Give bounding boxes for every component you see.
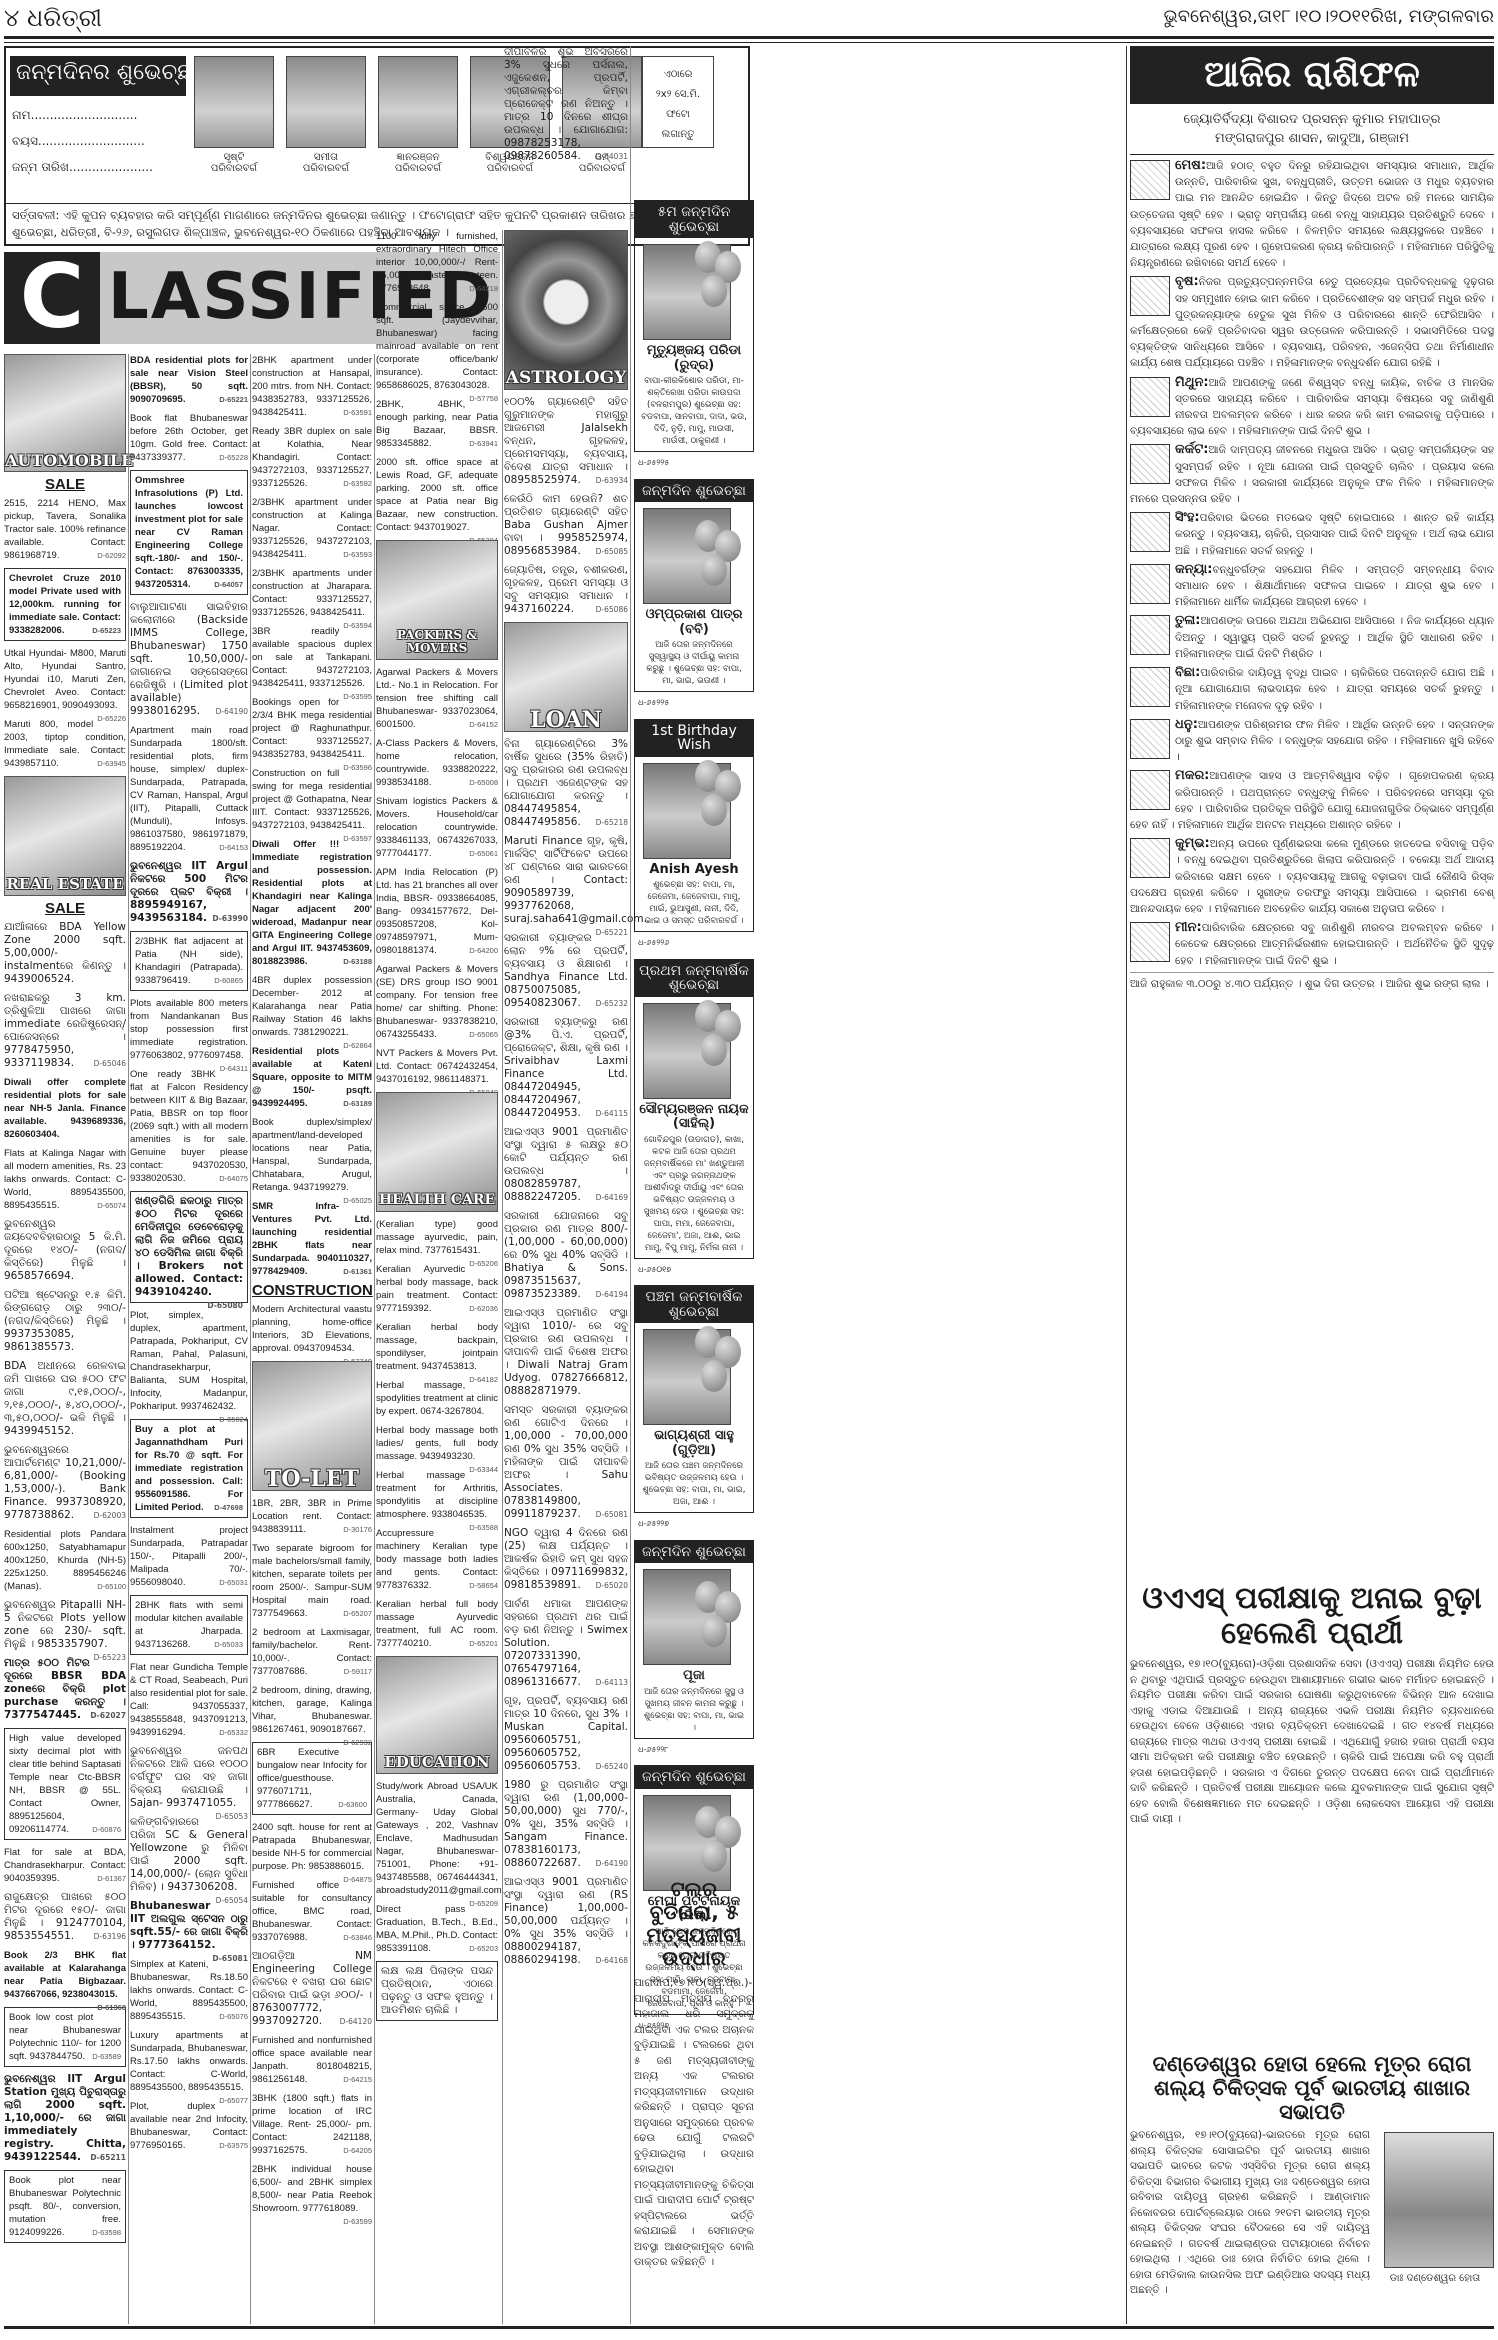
ad-code: D-65025 [343, 1194, 372, 1207]
birthday-cards: ୫ମ ଜନ୍ମଦିନ ଶୁଭେଚ୍ଛା ମୃତ୍ୟୁଞ୍ଜୟ ପରିଡା (ରୁ… [634, 200, 754, 2033]
ad-text: Buy a plot at Jagannathdham Puri for Rs.… [135, 1424, 243, 1513]
classified-ad: BDA ଅଧୀନରେ ରେଳବାଇ ଜମି ପାଖରେ ଘର ୫୦୦ ଫଟ ଜା… [4, 1360, 126, 1438]
child-name: ସୌମ୍ୟରଞ୍ଜନ ନାୟକ (ସାହିଲ୍) [635, 1103, 753, 1132]
classified-ad: Furnished office suitable for consultanc… [252, 1879, 372, 1944]
ad-code: D-65065 [469, 1028, 498, 1041]
kid-name: ସୃଷ୍ଟି [192, 152, 276, 163]
ad-text: ଭୁବନେଶ୍ୱର IIT Argul Station ମୁଖ୍ୟ ପିଚୁରା… [4, 2073, 126, 2163]
classified-initial: C [4, 252, 100, 344]
kid-photo-card: ସମୀତାପରିବାରବର୍ଗ [284, 56, 368, 174]
cancer-icon [1130, 444, 1170, 484]
ad-text: ପାର୍ବଣ ଧମାକା ଆପଣଙ୍କ ସହରରେ ପ୍ରଥମ ଥର ପାଇଁ … [504, 1598, 628, 1688]
ad-code: D-63941 [469, 437, 498, 450]
horoscope-title: ଆଜିର ରାଶିଫଳ [1130, 46, 1494, 104]
classified-ad: ରାଜୁକ୍ଷେତ୍ର ପାଖରେ ୫୦୦ ମିଟର ଦୂରରେ ୧୫୦/- ଜ… [4, 1891, 126, 1943]
card-code: ଧ-୬୫୨୨୫ [638, 456, 754, 471]
ad-text: 2000 sft. office space at Lewis Road, GF… [376, 457, 498, 533]
card-code: ଧ-୬୫୨୨୮ [638, 1743, 754, 1758]
classified-ad: ମାତ୍ର ୫୦୦ ମିଟର ଦୂରରେ BBSR BDA zoneରେ ବିକ… [4, 1657, 126, 1722]
horoscope-sign: ମେଷ:ଆଜି ହଠାତ୍ ବହୁତ ଦିନରୁ ରହିଯାଇଥିବା ସମସ୍… [1130, 158, 1494, 271]
classified-ad: 4BR duplex possession December- 2012 at … [252, 974, 372, 1039]
classified-ad: 2BHK apartment under construction at Han… [252, 354, 372, 419]
sign-text: ପାରିବାରିକ ଦାୟିତ୍ୱ ବୃଦ୍ଧି ପାଇବ । ଚାକିରିରେ… [1175, 667, 1494, 711]
ad-text: 3BR readily available spacious duplex on… [252, 626, 372, 689]
card-header: ପଞ୍ଚମ ଜନ୍ମବାର୍ଷିକ ଶୁଭେଚ୍ଛା [635, 1286, 753, 1323]
classified-ad: (Keralian type) good massage ayurvedic, … [376, 1218, 498, 1257]
ad-code: D-65207 [343, 1607, 372, 1620]
classified-ad: 6BR Executive bungalow near Infocity for… [252, 1742, 372, 1815]
column-divider [1126, 46, 1127, 2324]
ad-code: D-60865 [214, 974, 243, 987]
ad-text: Diwali offer complete residential plots … [4, 1077, 126, 1140]
ad-code: D-63990 [212, 912, 248, 925]
classified-ad: Maruti Finance ଗୃହ, କୃଷି, ମାର୍କସିଟ୍ ସାର୍… [504, 835, 628, 926]
libra-icon [1130, 615, 1170, 655]
classified-ad: Book low cost plot near Bhubaneswar Poly… [4, 2007, 126, 2067]
sign-name: ସିଂହ: [1175, 510, 1200, 525]
top-rule [4, 36, 1494, 39]
classified-ad: Commercial space 1600 sqft. (Jaydevvihar… [376, 301, 498, 392]
ad-code: D-65081 [596, 1508, 628, 1521]
ad-code: D-64190 [596, 1857, 628, 1870]
classified-ad: ଭୁବନେଶ୍ୱର ଜନପଥ ନିକଟରେ ଆଳି ଘରେ ୧୦୦୦ ବର୍ଗଫ… [130, 1745, 248, 1810]
horoscope-sign: ବିଛା:ପାରିବାରିକ ଦାୟିତ୍ୱ ବୃଦ୍ଧି ପାଇବ । ଚାକ… [1130, 665, 1494, 714]
ad-code: D-65074 [97, 1199, 126, 1212]
classified-ad: Agarwal Packers & Movers Ltd.- No.1 in R… [376, 666, 498, 731]
author-address: ମଙ୍ଗରାଜପୁର ଶାସନ, କାଦୁଆ, ଗଞ୍ଜାମ [1130, 129, 1494, 148]
card-details: ଆଜି ତୋର ପଞ୍ଚମ ଜନ୍ମଦିନରେ ଭବିଷ୍ୟତ ଉଜ୍ଜଳମୟ … [635, 1458, 753, 1512]
classified-ad: 2/3BHK flat adjacent at Patia (NH side),… [130, 931, 248, 991]
ad-text: BDA ଅଧୀନରେ ରେଳବାଇ ଜମି ପାଖରେ ଘର ୫୦୦ ଫଟ ଜା… [4, 1360, 126, 1437]
ad-code: D-62027 [90, 1709, 126, 1722]
classified-ad: Flats at Kalinga Nagar with all modern a… [4, 1147, 126, 1212]
ad-code: D-47698 [214, 1501, 243, 1514]
ad-code: D-65221 [596, 926, 628, 939]
card-details: ଆଜି ତୋର ଜନ୍ମଦିନରେ ସୁସ୍ୱାସ୍ଥ୍ୟ ଓ ଦୀର୍ଘାୟୁ… [635, 637, 753, 691]
column-divider [250, 354, 251, 2324]
ad-text: ଆଇଏସ୍ଓ ପ୍ରମାଣିତ ସଂସ୍ଥା ଦ୍ୱାରା 1010/- ରେ … [504, 1307, 628, 1397]
form-dob-field: ଜନ୍ମ ତାରିଖ...................... [12, 160, 153, 175]
sign-name: ତୁଳା: [1175, 613, 1201, 628]
ad-code: D-63189 [343, 1097, 372, 1110]
classified-ad: Diwali offer complete residential plots … [4, 1076, 126, 1141]
loan-label: LOAN [505, 714, 627, 727]
ad-code: D-63945 [97, 757, 126, 770]
card-header: ପ୍ରଥମ ଜନ୍ମବାର୍ଷିକ ଶୁଭେଚ୍ଛା [635, 960, 753, 997]
ad-code: D-65232 [596, 997, 628, 1010]
ad-text: 2/3BHK apartments under construction at … [252, 568, 372, 618]
ad-code: D-65221 [219, 393, 248, 406]
classified-ad: Keralian Ayurvedic herbal body massage, … [376, 1263, 498, 1315]
column-astrology-loan-body: ASTROLOGY ୧୦୦% ଗ୍ୟାରେଣ୍ଟି ସହିତ ଗୁରୁମାନଙ୍… [504, 230, 628, 1973]
ad-code: D-65228 [219, 451, 248, 464]
card-details: ଆଜି ତୋର ଜନ୍ମଦିନରେ ସୁସ୍ଥ ଓ ସୁଖମୟ ଜୀବନ କାମ… [635, 1684, 753, 1738]
ad-text: 4BR duplex possession December- 2012 at … [252, 975, 372, 1038]
ad-code: D-64031 [596, 150, 628, 163]
ad-text: ଯାଆଁଳାରେ BDA Yellow Zone 2000 sqft. 5,00… [4, 921, 126, 985]
classified-ad: ଖଣ୍ଡଗିରି ଛକଠାରୁ ମାତ୍ର ୫୦୦ ମିଟର ଦୂରରେ ମେଦ… [130, 1191, 248, 1303]
sign-name: କୁମ୍ଭ: [1175, 836, 1210, 851]
classified-ad: Buy a plot at Jagannathdham Puri for Rs.… [130, 1419, 248, 1518]
kid-name: ସମୀତା [284, 152, 368, 163]
classified-ad: ସରକାରୀ ବ୍ୟାଙ୍କରୁ ରଣ @3% ପି.ଏ. ପ୍ରପର୍ଟି, … [504, 1016, 628, 1120]
classified-ad: Residential plots available at Kateni Sq… [252, 1045, 372, 1110]
classified-ad: Two separate bigroom for male bachelors/… [252, 1542, 372, 1620]
tolet-ads: 1BR, 2BR, 3BR in Prime Location rent. Co… [252, 1497, 372, 2215]
scorpio-icon [1130, 667, 1170, 707]
ad-code: D-64200 [469, 944, 498, 957]
child-name: ଭାଗ୍ୟଶ୍ରୀ ସାହୁ (ଗୁଡ଼ିଆ) [635, 1429, 753, 1458]
ad-code: D-65077 [219, 2094, 248, 2107]
classified-ad: ଭୁବନେଶ୍ୱର IIT Argul ନିକଟରେ 500 ମିଟର ଦୂରର… [130, 860, 248, 925]
classified-ad: Apartment main road Sundarpada 1800/sft.… [130, 724, 248, 854]
sign-name: ମକର: [1175, 768, 1209, 783]
classified-ad: 2/3BHK apartment under construction at K… [252, 496, 372, 561]
birthday-wish-card: ଜନ୍ମଦିନ ଶୁଭେଚ୍ଛା ଓମ୍‌ପ୍ରକାଶ ପାତ୍ର (ବବି) … [634, 479, 754, 693]
ad-code: D-63188 [343, 955, 372, 968]
masthead: ୪ ଧରିତ୍ରୀ ଭୁବନେଶ୍ୱର,ତା୧୮।୧୦।୨୦୧୧ରିଖ, ମଙ୍… [0, 0, 1498, 40]
classified-ad: High value developed sixty decimal plot … [4, 1728, 126, 1840]
realestate-ads: BDA residential plots for sale near Visi… [130, 354, 248, 2152]
ad-code: D-64152 [469, 718, 498, 731]
ad-code: D-64215 [343, 2073, 372, 2086]
classified-ad: Keralian herbal body massage, backpain, … [376, 1321, 498, 1373]
classified-ad: Construction on full swing for mega resi… [252, 767, 372, 832]
sign-text: ଆପଣଙ୍କ ପରିଶ୍ରମର ଫଳ ମିଳିବ । ଆର୍ଥିକ ଉନ୍ନତି… [1175, 719, 1494, 763]
ad-code: D-65086 [596, 603, 628, 616]
classified-ad: ସରକାରୀ ଯୋଜନାରେ ସବୁ ପ୍ରକାର ରଣ ମାତ୍ର 800/-… [504, 1210, 628, 1301]
sign-name: ବିଛା: [1175, 665, 1200, 680]
sign-name: ବୃଷ: [1175, 274, 1199, 289]
ad-text: ବିନା ଗ୍ୟାରେଣ୍ଟିରେ 3% ବାର୍ଷିକ ସୁଧରେ (35% … [504, 738, 628, 828]
packers-image: PACKERS & MOVERS [376, 540, 498, 660]
classified-ad: Herbal body massage both ladies/ gents, … [376, 1424, 498, 1463]
ad-text: 1980 ରୁ ପ୍ରମାଣିତ ସଂସ୍ଥା ଦ୍ୱାରା ରଣ (1,00,… [504, 1779, 628, 1869]
ad-code: D-63593 [343, 548, 372, 561]
ad-text: NVT Packers & Movers Pvt. Ltd. Contact: … [376, 1048, 498, 1085]
top-rule-thin [4, 42, 1494, 43]
classified-ad: Agarwal Packers & Movers (SE) DRS group … [376, 963, 498, 1041]
classified-ad: 2BHK individual house 6,500/- and 2BHK s… [252, 2163, 372, 2215]
classified-ad: NGO ଦ୍ୱାରା 4 ଦିନରେ ରଣ (25) ଲକ୍ଷ ପର୍ଯ୍ୟନ୍… [504, 1527, 628, 1592]
ad-text: Book duplex/simplex/ apartment/land-deve… [252, 1117, 372, 1193]
kid-photo [378, 56, 458, 148]
classified-ad: APM India Relocation (P) Ltd. has 21 bra… [376, 866, 498, 957]
ad-code: D-63846 [343, 1931, 372, 1944]
card-details: ବାପା-କୀରକିଶୋର ପରିଡା, ମା-ଶକ୍ତିରେଖା ପରିଡା … [635, 373, 753, 451]
horoscope-author: ଜ୍ୟୋତିର୍ବିଦ୍ୟା ବିଶାରଦ ପ୍ରସନ୍ନ କୁମାର ମହାପ… [1130, 104, 1494, 155]
ad-code: D-65240 [596, 1760, 628, 1773]
child-name: ମୃତ୍ୟୁଞ୍ଜୟ ପରିଡା (ରୁଦ୍ର) [635, 344, 753, 373]
astrology-ads: ୧୦୦% ଗ୍ୟାରେଣ୍ଟି ସହିତ ଗୁରୁମାନଙ୍କ ମହାଗୁରୁ … [504, 396, 628, 616]
classified-ad: Book plot near Bhubaneswar Polytechnic p… [4, 2170, 126, 2243]
astrology-image: ASTROLOGY [504, 230, 628, 390]
horoscope-sign: ମୀନ:ପାରିବାରିକ କ୍ଷେତ୍ରରେ ସବୁ ଜାଣିଶୁଣି ନୀର… [1130, 920, 1494, 969]
card-details: ଗୋବିନ୍ଦପୁର (ଉଡାଗଡ), କାଖା, କଟକ ଆଜି ତୋର ପ୍… [635, 1132, 753, 1258]
column-packers-health-education: 1100' fully furnished, extraordinary Hit… [376, 230, 498, 2027]
ad-text: Plot, simplex, duplex, apartment, Patrap… [130, 1310, 248, 1412]
realestate-ads: ଯାଆଁଳାରେ BDA Yellow Zone 2000 sqft. 5,00… [4, 921, 126, 2243]
ad-code: D-61367 [97, 1872, 126, 1885]
classified-ad: Flat near Gundicha Temple & CT Road, Sea… [130, 1661, 248, 1739]
ad-text: ପଟିଆ ଷ୍ଟେସନ୍‌ରୁ ୧.୫ କିମି. ରିଙ୍ଗରୋଡ଼ ଠାରୁ… [4, 1289, 126, 1353]
balloons-icon [695, 760, 745, 840]
ad-code: D-64113 [596, 1676, 628, 1689]
classified-ad: 2/3BHK apartments under construction at … [252, 567, 372, 619]
birthday-wish-card: ପଞ୍ଚମ ଜନ୍ମବାର୍ଷିକ ଶୁଭେଚ୍ଛା ଭାଗ୍ୟଶ୍ରୀ ସାହ… [634, 1285, 754, 1513]
packers-ads: Agarwal Packers & Movers Ltd.- No.1 in R… [376, 666, 498, 1086]
construction-ads: Modern Architectural vaastu planning, ho… [252, 1303, 372, 1355]
photo-slot-line: ଫଟୋ [643, 105, 713, 125]
taurus-icon [1130, 276, 1170, 316]
horoscope-signs: ମେଷ:ଆଜି ହଠାତ୍ ବହୁତ ଦିନରୁ ରହିଯାଇଥିବା ସମସ୍… [1130, 158, 1494, 969]
classified-ad: ଲକ୍ଷ ଲକ୍ଷ ପିଲାଙ୍କ ପସନ୍ଦ ପ୍ରତିଷ୍ଠାନ, ଏଠାର… [376, 1961, 498, 2021]
classified-ad: ଆଇଏସ୍ଓ ପ୍ରମାଣିତ ସଂସ୍ଥା ଦ୍ୱାରା 1010/- ରେ … [504, 1307, 628, 1398]
classified-ad: ଭୁବନେଶ୍ୱରରେ ଆପାର୍ଟମେଣ୍ଟ 10,21,000/- 6,81… [4, 1444, 126, 1522]
ad-text: ଆଇଏସ୍ଓ 9001 ପ୍ରମାଣିତ ସଂସ୍ଥା ଦ୍ୱାରା ରଣ (R… [504, 1876, 628, 1966]
horoscope-sign: ବୃଷ:ନିଜର ପ୍ରତ୍ୟୁତ୍ପନ୍ନମତିତା ହେତୁ ପ୍ରତ୍ୟେ… [1130, 274, 1494, 371]
ad-code: D-64875 [343, 1873, 372, 1886]
aries-icon [1130, 160, 1170, 200]
horoscope-sign: କର୍କଟ:ଆଜି ଦାମ୍ପତ୍ୟ ଜୀବନରେ ମଧୁରତା ଆସିବ । … [1130, 442, 1494, 507]
ad-code: D-65209 [469, 1897, 498, 1910]
ad-code: D-65223 [92, 624, 121, 637]
sign-name: କର୍କଟ: [1175, 442, 1208, 457]
horoscope-footer: ଆଜି ରାହୁକାଳ ୩.୦୦ରୁ ୪.୩୦ ପର୍ଯ୍ୟନ୍ତ । ଶୁଭ … [1130, 972, 1494, 992]
card-code: ଧ-୬୫୨୨୫ [638, 696, 754, 711]
classified-ad: NVT Packers & Movers Pvt. Ltd. Contact: … [376, 1047, 498, 1086]
classified-ad: One ready 3BHK flat at Falcon Residency … [130, 1068, 248, 1185]
classified-ad: Study/work Abroad USA/UK Australia, Cana… [376, 1780, 498, 1897]
column-divider [630, 46, 631, 2324]
ad-text: ଲକ୍ଷ ଲକ୍ଷ ପିଲାଙ୍କ ପସନ୍ଦ ପ୍ରତିଷ୍ଠାନ, ଏଠାର… [381, 1965, 493, 2016]
education-image: EDUCATION [376, 1656, 498, 1774]
balloons-icon [695, 1000, 745, 1080]
aquarius-icon [1130, 838, 1170, 878]
ad-text: ଖଣ୍ଡଗିରି ଛକଠାରୁ ମାତ୍ର ୫୦୦ ମିଟର ଦୂରରେ ମେଦ… [135, 1195, 243, 1298]
column-divider [374, 354, 375, 2324]
ad-text: APM India Relocation (P) Ltd. has 21 bra… [376, 867, 498, 956]
ad-text: Utkal Hyundai- M800, Maruti Alto, Hyunda… [4, 648, 126, 711]
form-age-field: ବୟସ............................ [12, 134, 145, 149]
loan-image: LOAN [504, 622, 628, 732]
ad-text: ଭୁବନେଶ୍ୱର Pitapalli NH-5 ନିକଟରେ Plots ye… [4, 1599, 126, 1650]
column-realestate-2: BDA residential plots for sale near Visi… [130, 354, 248, 2158]
ad-text: Herbal body massage both ladies/ gents, … [376, 1425, 498, 1462]
kid-photo [194, 56, 274, 148]
ad-text: ସରକାରୀ ବ୍ୟାଙ୍କରୁ ରଣ @3% ପି.ଏ. ପ୍ରପର୍ଟି, … [504, 1016, 628, 1119]
classified-ad: Plot, simplex, duplex, apartment, Patrap… [130, 1309, 248, 1413]
ad-code: D-64115 [596, 1107, 628, 1120]
tolet-label: TO-LET [253, 1473, 371, 1486]
ad-text: 2400 sqft. house for rent at Patrapada B… [252, 1822, 372, 1872]
sign-text: ବନ୍ଧୁବର୍ଗଙ୍କ ସହଯୋଗ ମିଳିବ । ସମ୍ପତ୍ତି ସମ୍ବ… [1175, 564, 1494, 608]
classified-ad: Diwali Offer !!! Immediate registration … [252, 838, 372, 968]
ad-code: D-65053 [216, 1810, 248, 1823]
card-header: ଜନ୍ମଦିନ ଶୁଭେଚ୍ଛା [635, 1541, 753, 1564]
column-automobile-realestate: AUTOMOBILE SALE 2515, 2214 HENO, Max pic… [4, 354, 126, 2249]
ad-code: D-65061 [469, 847, 498, 860]
page-number: ୪ ଧରିତ୍ରୀ [4, 4, 102, 32]
classified-ad: ସରକାରୀ ବ୍ୟାଙ୍କର ଲୋନ ୨% ରେ ପ୍ରପର୍ଟି, ବ୍ୟବ… [504, 932, 628, 1010]
card-header: 1st Birthday Wish [635, 720, 753, 757]
balloons-icon [695, 1326, 745, 1406]
section-heading-sale: SALE [4, 902, 126, 915]
classified-ad: Shivam logistics Packers & Movers. House… [376, 795, 498, 860]
classified-ad: ଜ୍ୟୋତିଷ, ତନ୍ତ୍ର, ବଶୀକରଣ, ଗୃହକଳହ, ପ୍ରେମ ସ… [504, 564, 628, 616]
classified-ad: Ready 3BR duplex on sale at Kolathia, Ne… [252, 425, 372, 490]
doctor-photo [1384, 2132, 1494, 2268]
ad-code: D-64218 [469, 282, 498, 295]
ad-code: D-64120 [340, 2015, 372, 2028]
card-code: ଧ-୬୫୨୨୬ [638, 936, 754, 951]
classified-ad: ଗୃହ, ପ୍ରପର୍ଟି, ବ୍ୟବସାୟ ରଣ ମାତ୍ର 10 ଦିନରେ… [504, 1695, 628, 1773]
classified-ad: BDA residential plots for sale near Visi… [130, 354, 248, 406]
horoscope-sign: ଧନୁ:ଆପଣଙ୍କ ପରିଶ୍ରମର ଫଳ ମିଳିବ । ଆର୍ଥିକ ଉନ… [1130, 717, 1494, 766]
ad-text: (Keralian type) good massage ayurvedic, … [376, 1219, 498, 1256]
sign-text: ପାରିବାରିକ କ୍ଷେତ୍ରରେ ସବୁ ଜାଣିଶୁଣି ନୀରବତା … [1175, 922, 1494, 966]
ad-code: D-63196 [94, 1930, 126, 1943]
classified-ad: 2BHK, 4BHK, enough parking, near Patia B… [376, 398, 498, 450]
ad-text: କଳିଙ୍ଗବିହାରରେ ପରିଜା SC & General Yellowz… [130, 1816, 248, 1893]
ad-text: Commercial space 1600 sqft. (Jaydevvihar… [376, 302, 498, 391]
ad-code: D-64205 [343, 2144, 372, 2157]
sagittarius-icon [1130, 719, 1170, 759]
ad-code: D-61368 [97, 2001, 126, 2014]
classified-ad: Ommshree Infrasolutions (P) Ltd. launche… [130, 470, 248, 595]
ad-code: D-64194 [596, 1288, 628, 1301]
ad-code: D-64311 [220, 1062, 248, 1075]
classified-ad: Plots available 800 meters from Nandanka… [130, 997, 248, 1062]
ad-code: D-65054 [216, 1894, 248, 1907]
virgo-icon [1130, 564, 1170, 604]
ad-text: Apartment main road Sundarpada 1800/sft.… [130, 725, 248, 853]
astrology-label: ASTROLOGY [505, 372, 627, 385]
ad-code: D-65100 [97, 1580, 126, 1593]
classified-ad: 2BHK flats with semi modular kitchen ava… [130, 1595, 248, 1655]
balloons-icon [695, 520, 745, 600]
classified-ad: କେଉଁଠି କାମ ହେଉନି? ଶତ ପ୍ରତିଶତ ଗ୍ୟାରେଣ୍ଟି … [504, 493, 628, 558]
ad-code: D-63934 [596, 474, 628, 487]
classified-ad: Maruti 800, model 2003, tiptop condition… [4, 718, 126, 770]
birthday-wish-card: ୫ମ ଜନ୍ମଦିନ ଶୁଭେଚ୍ଛା ମୃତ୍ୟୁଞ୍ଜୟ ପରିଡା (ରୁ… [634, 200, 754, 452]
classified-ad: Flat for sale at BDA, Chandrasekharpur. … [4, 1846, 126, 1885]
classified-ad: Keralian herbal full body massage Ayurve… [376, 1598, 498, 1650]
ad-code: D-62036 [469, 1302, 498, 1315]
card-code: ଧ-୬୫୨୨୭ [638, 1517, 754, 1532]
classified-ad: ଆଠଗଡ଼ିଆ NM Engineering College ନିକଟରେ ୧ … [252, 1950, 372, 2028]
ad-text: Bookings open for 2/3/4 BHK mega residen… [252, 697, 372, 760]
ad-code: D-65024 [219, 1413, 248, 1426]
health-ads: (Keralian type) good massage ayurvedic, … [376, 1218, 498, 1650]
classified-ad: ୧୦୦% ଗ୍ୟାରେଣ୍ଟି ସହିତ ଗୁରୁମାନଙ୍କ ମହାଗୁରୁ … [504, 396, 628, 487]
classified-ad: Plot, duplex available near 2nd Infocity… [130, 2100, 248, 2152]
ad-text: One ready 3BHK flat at Falcon Residency … [130, 1069, 248, 1184]
news-oas: ଓଏଏସ୍ ପରୀକ୍ଷାକୁ ଅନାଇ ବୁଢ଼ା ହେଲେଣି ପ୍ରାର୍… [1130, 1582, 1494, 1828]
card-details: ଶୁଭେଚ୍ଛା ସହ: ବାପା, ମା, ଜେଜେମା, ଜେଜେବାପା,… [635, 877, 753, 931]
ad-text: Study/work Abroad USA/UK Australia, Cana… [376, 1781, 504, 1896]
horoscope-sign: କନ୍ୟା:ବନ୍ଧୁବର୍ଗଙ୍କ ସହଯୋଗ ମିଳିବ । ସମ୍ପତ୍ତ… [1130, 562, 1494, 611]
classified-ad: ଭୁବନେଶ୍ୱର ଜୟଦେବବିହାରଠାରୁ 5 କି.ମି. ଦୂରରେ … [4, 1218, 126, 1283]
classified-ad: ଆଇଏସ୍ଓ 9001 ପ୍ରମାଣିତ ସଂସ୍ଥା ଦ୍ୱାରା ୫ ଲକ୍… [504, 1126, 628, 1204]
kid-family: ପରିବାରବର୍ଗ [284, 163, 368, 174]
classified-ad: Accupressure machinery Keralian type bod… [376, 1527, 498, 1592]
ad-text: ସମସ୍ତ ସରକାରୀ ବ୍ୟାଙ୍କର ରଣ ଗୋଟିଏ ଦିନରେ । 1… [504, 1404, 628, 1520]
horoscope-sign: କୁମ୍ଭ:ଅନ୍ୟ ଉପରେ ପୂର୍ଣ୍ଣଭରସା କଲେ ମୁଣ୍ଡରେ … [1130, 836, 1494, 917]
column-divider [128, 354, 129, 2324]
classified-ad: Utkal Hyundai- M800, Maruti Alto, Hyunda… [4, 647, 126, 712]
classified-ad: ବାଲୁଆପାଟଣା ସାଇବିହାର କଲୋନୀରେ (Backside IM… [130, 601, 248, 718]
classified-ad: କଳିଙ୍ଗବିହାରରେ ପରିଜା SC & General Yellowz… [130, 1816, 248, 1894]
column-realestate-3: 2BHK apartment under construction at Han… [252, 354, 372, 2228]
ad-text: Herbal massage treatment for Arthritis, … [376, 1470, 498, 1520]
sign-name: ମିଥୁନ: [1175, 375, 1209, 390]
ad-code: D-63596 [343, 761, 372, 774]
horoscope-sign: ସିଂହ:ପରିବାର ଭିତରେ ମତଭେଦ ସୃଷ୍ଟି ହୋଇପାରେ ।… [1130, 510, 1494, 559]
tolet-image: TO-LET [252, 1361, 372, 1491]
ad-code: D-64169 [596, 1191, 628, 1204]
ad-code: D-65085 [596, 545, 628, 558]
news-headline: ଓଏଏସ୍ ପରୀକ୍ଷାକୁ ଅନାଇ ବୁଢ଼ା ହେଲେଣି ପ୍ରାର୍… [1130, 1582, 1494, 1651]
automobile-label: AUTOMOBILE [5, 454, 125, 467]
news-body: ଭୁବନେଶ୍ୱର, ୧୭।୧୦(ବ୍ୟୁରୋ)-ଓଡ଼ିଶା ପ୍ରଶାସନି… [1130, 1657, 1494, 1828]
ad-code: D-65201 [469, 1637, 498, 1650]
classified-ad: ସମସ୍ତ ସରକାରୀ ବ୍ୟାଙ୍କର ରଣ ଗୋଟିଏ ଦିନରେ । 1… [504, 1404, 628, 1521]
classified-ad: ପଟିଆ ଷ୍ଟେସନ୍‌ରୁ ୧.୫ କିମି. ରିଙ୍ଗରୋଡ଼ ଠାରୁ… [4, 1289, 126, 1354]
ad-code: D-65223 [94, 1651, 126, 1664]
classified-ad: Residential plots Pandara 600x1250, Saty… [4, 1528, 126, 1593]
kid-family: ପରିବାରବର୍ଗ [376, 163, 460, 174]
ad-code: D-63597 [343, 832, 372, 845]
news-body: ପାରାଦୀପ,୧୭।୧୦(ସ୍ୱ.ପ୍ର.)- ପାରାଦୀପ ମତ୍ସ୍ୟ … [634, 1976, 754, 2271]
card-code: ଧ-୬୫୦୧୭ [638, 1263, 754, 1278]
ad-code: D-63344 [469, 1463, 498, 1476]
ad-code: D-65203 [469, 1942, 498, 1955]
column-birthday-wishes: ୫ମ ଜନ୍ମଦିନ ଶୁଭେଚ୍ଛା ମୃତ୍ୟୁଞ୍ଜୟ ପରିଡା (ରୁ… [634, 200, 754, 2041]
ad-code: D-60876 [92, 1823, 121, 1836]
ad-text: Book 2/3 BHK flat available at Kalarahan… [4, 1950, 126, 2000]
ad-code: D-63588 [469, 1521, 498, 1534]
classified-ad: 3BR readily available spacious duplex on… [252, 625, 372, 690]
card-header: ଜନ୍ମଦିନ ଶୁଭେଚ୍ଛା [635, 1766, 753, 1789]
ad-code: D-58654 [469, 1579, 498, 1592]
leo-icon [1130, 512, 1170, 552]
classified-ad: Herbal massage treatment for Arthritis, … [376, 1469, 498, 1521]
ad-text: Luxury apartments at Sundarpada, Bhubane… [130, 2030, 248, 2093]
ad-code: D-64153 [219, 841, 248, 854]
sign-name: ଧନୁ: [1175, 717, 1198, 732]
ad-code: D-64190 [216, 705, 248, 718]
commercial-ads: 1100' fully furnished, extraordinary Hit… [376, 230, 498, 534]
capricorn-icon [1130, 770, 1170, 810]
classified-ad: Bookings open for 2/3/4 BHK mega residen… [252, 696, 372, 761]
sign-name: କନ୍ୟା: [1175, 562, 1212, 577]
photo-slot: ଏଠାରେ ୨x୨ ସେ.ମି. ଫଟୋ ଲଗାନ୍ତୁ [642, 56, 714, 148]
ad-code: D-63591 [343, 406, 372, 419]
classified-ad: ଯାଆଁଳାରେ BDA Yellow Zone 2000 sqft. 5,00… [4, 921, 126, 986]
ad-text: Ommshree Infrasolutions (P) Ltd. launche… [135, 475, 243, 590]
classified-ad: Furnished and nonfurnished office space … [252, 2034, 372, 2086]
classified-ad: 2400 sqft. house for rent at Patrapada B… [252, 1821, 372, 1873]
classified-ad: 3BHK (1800 sqft.) flats in prime locatio… [252, 2092, 372, 2157]
education-ads: Study/work Abroad USA/UK Australia, Cana… [376, 1780, 498, 2021]
gemini-icon [1130, 377, 1170, 417]
ad-code: D-61361 [343, 1265, 372, 1278]
ad-code: D-65081 [212, 1952, 248, 1965]
sign-text: ନିଜର ପ୍ରତ୍ୟୁତ୍ପନ୍ନମତିତା ହେତୁ ପ୍ରତ୍ୟେକ ପ୍… [1130, 276, 1494, 369]
ad-code: D-65008 [469, 776, 498, 789]
education-label: EDUCATION [377, 1756, 497, 1769]
